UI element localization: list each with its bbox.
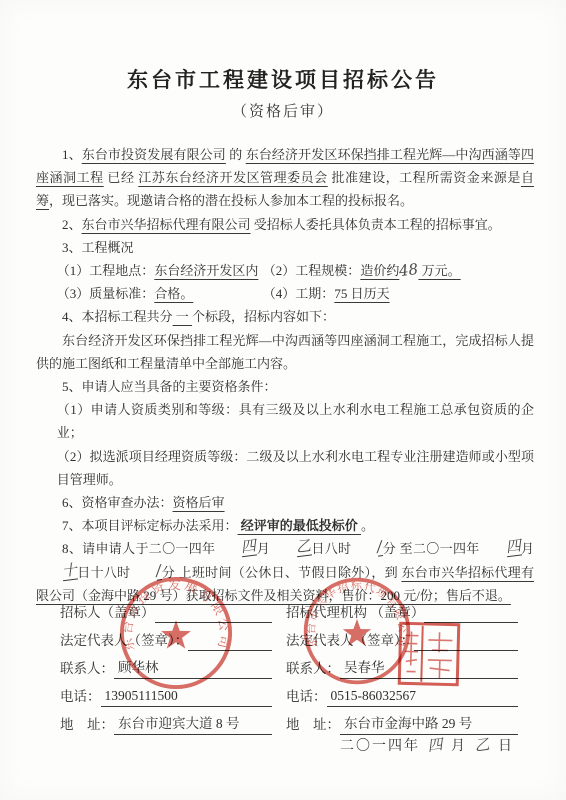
- clause-5-item-2: （2）拟选派项目经理资质等级：二级及以上水利水电工程专业注册建造师或小型项目管理…: [36, 445, 534, 491]
- project-location: （1）工程地点：东台经济开发区内: [57, 259, 263, 282]
- signature-date: 二〇一四年 四 月 乙 日: [340, 735, 514, 755]
- agency-phone: 0515-86032567: [327, 688, 519, 707]
- tenderer-address: 东台市迎宾大道 8 号: [114, 712, 272, 735]
- tenderer-name: 东台市投资发展有限公司: [82, 147, 226, 162]
- construction-period: （4）工期：75 日历天: [263, 282, 534, 305]
- agency-name: 东台市兴华招标代理有限公司: [82, 217, 251, 232]
- handwritten-date-month: 四: [425, 737, 447, 754]
- clause-3-row-2: （3）质量标准：合格。 （4）工期：75 日历天: [36, 282, 534, 305]
- tenderer-contact-name: 顾华林: [114, 656, 272, 679]
- approval-authority: 江苏东台经济开发区管理委员会: [138, 170, 327, 185]
- contact-table: 招标人（盖章） 招标代理机构 （盖章） 法定代表人（签章）： 法定代表人（签章）…: [60, 595, 518, 735]
- qualification-method: 资格后审: [173, 495, 225, 510]
- evaluation-method: 经评审的最低投标价: [238, 518, 362, 533]
- handwritten-month-from: 四: [215, 539, 258, 559]
- handwritten-day-to: 十: [35, 562, 78, 582]
- clause-3-heading: 3、工程概况: [36, 236, 534, 259]
- clause-2: 2、东台市兴华招标代理有限公司 受招标人委托具体负责本工程的招标事宜。: [36, 213, 534, 236]
- clause-4: 4、本招标工程共分 一 个标段，招标内容如下：: [36, 305, 534, 328]
- clause-4-body: 东台经济开发区环保挡排工程光辉—中沟西涵等四座涵洞工程施工，完成招标人提供的施工…: [36, 329, 534, 375]
- clause-5-heading: 5、申请人应当具备的主要资格条件：: [36, 375, 534, 398]
- agency-legal-rep-label: 法定代表人（签章）：: [286, 629, 414, 651]
- clause-7: 7、本项目评标定标办法采用： 经评审的最低投标价 。: [36, 514, 534, 537]
- table-row: 联系人：顾华林 联系人：吴春华: [60, 651, 518, 679]
- tenderer-phone: 13905111500: [101, 688, 273, 707]
- table-row: 地 址：东台市迎宾大道 8 号 地 址：东台市金海中路 29 号: [60, 707, 518, 735]
- clause-6: 6、资格审查办法：资格后审: [36, 491, 534, 514]
- project-scale: （2）工程规模：造价约48 万元。: [263, 259, 534, 282]
- agency-contact-name: 吴春华: [340, 656, 518, 679]
- scanned-tender-announcement-page: 东台市工程建设项目招标公告 （资格后审） 1、东台市投资发展有限公司 的 东台经…: [0, 0, 566, 800]
- agency-address: 东台市金海中路 29 号: [340, 712, 518, 735]
- agency-seal-blank: [424, 620, 518, 623]
- handwritten-minute-from: /: [351, 540, 384, 559]
- quality-standard: （3）质量标准：合格。: [57, 282, 263, 305]
- agency-legal-rep-blank: [414, 648, 518, 651]
- table-row: 法定代表人（签章）： 法定代表人（签章）：: [60, 623, 518, 651]
- clause-3-row-1: （1）工程地点：东台经济开发区内 （2）工程规模：造价约48 万元。: [36, 259, 534, 282]
- agency-seal-label: 招标代理机构 （盖章）: [286, 601, 424, 623]
- tenderer-seal-blank: [155, 620, 273, 623]
- handwritten-minute-to: /: [130, 563, 163, 582]
- handwritten-date-day: 乙: [472, 737, 494, 754]
- tenderer-legal-rep-blank: [188, 648, 272, 651]
- clause-1: 1、东台市投资发展有限公司 的 东台经济开发区环保挡排工程光辉—中沟西涵等四座涵…: [36, 143, 534, 213]
- tenderer-legal-rep-label: 法定代表人（签章）：: [60, 629, 188, 651]
- clause-5-item-1: （1）申请人资质类别和等级：具有三级及以上水利水电工程施工总承包资质的企业；: [36, 398, 534, 444]
- page-subtitle: （资格后审）: [0, 100, 566, 121]
- tenderer-seal-label: 招标人（盖章）: [60, 601, 155, 623]
- handwritten-day-from: 乙: [269, 539, 312, 559]
- handwritten-month-to: 四: [479, 539, 522, 559]
- page-title: 东台市工程建设项目招标公告: [0, 64, 566, 94]
- table-row: 招标人（盖章） 招标代理机构 （盖章）: [60, 595, 518, 623]
- handwritten-cost: 48: [398, 262, 419, 279]
- section-count: 一: [173, 309, 193, 324]
- table-row: 电话：13905111500 电话：0515-86032567: [60, 679, 518, 707]
- document-body: 1、东台市投资发展有限公司 的 东台经济开发区环保挡排工程光辉—中沟西涵等四座涵…: [36, 143, 534, 607]
